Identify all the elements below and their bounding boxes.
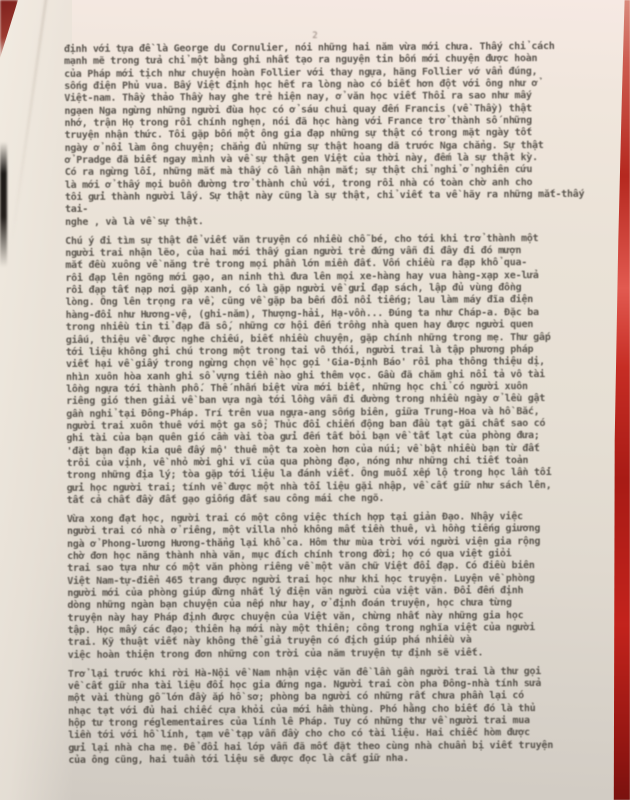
photo-of-typewritten-page: 2 định với tựa đề là George du Cornulier… <box>0 0 630 800</box>
document-page: 2 định với tựa đề là George du Cornulier… <box>0 0 630 800</box>
paragraph-1: định với tựa đề là George du Cornulier, … <box>64 41 599 229</box>
paragraph-3: Vừa xong đạt học, người trai có một công… <box>67 511 602 662</box>
paragraph-4: Trở lại trước khi rời Hà-Nội về Nam nhận… <box>68 665 603 767</box>
page-number: 2 <box>0 31 630 41</box>
typed-text-body: định với tựa đề là George du Cornulier, … <box>64 41 602 774</box>
page-left-margin-sheen <box>0 0 72 800</box>
paragraph-2: Chú ý đi tìm sự thật để viết văn truyện … <box>65 232 601 507</box>
dark-edge-sliver <box>0 142 7 267</box>
